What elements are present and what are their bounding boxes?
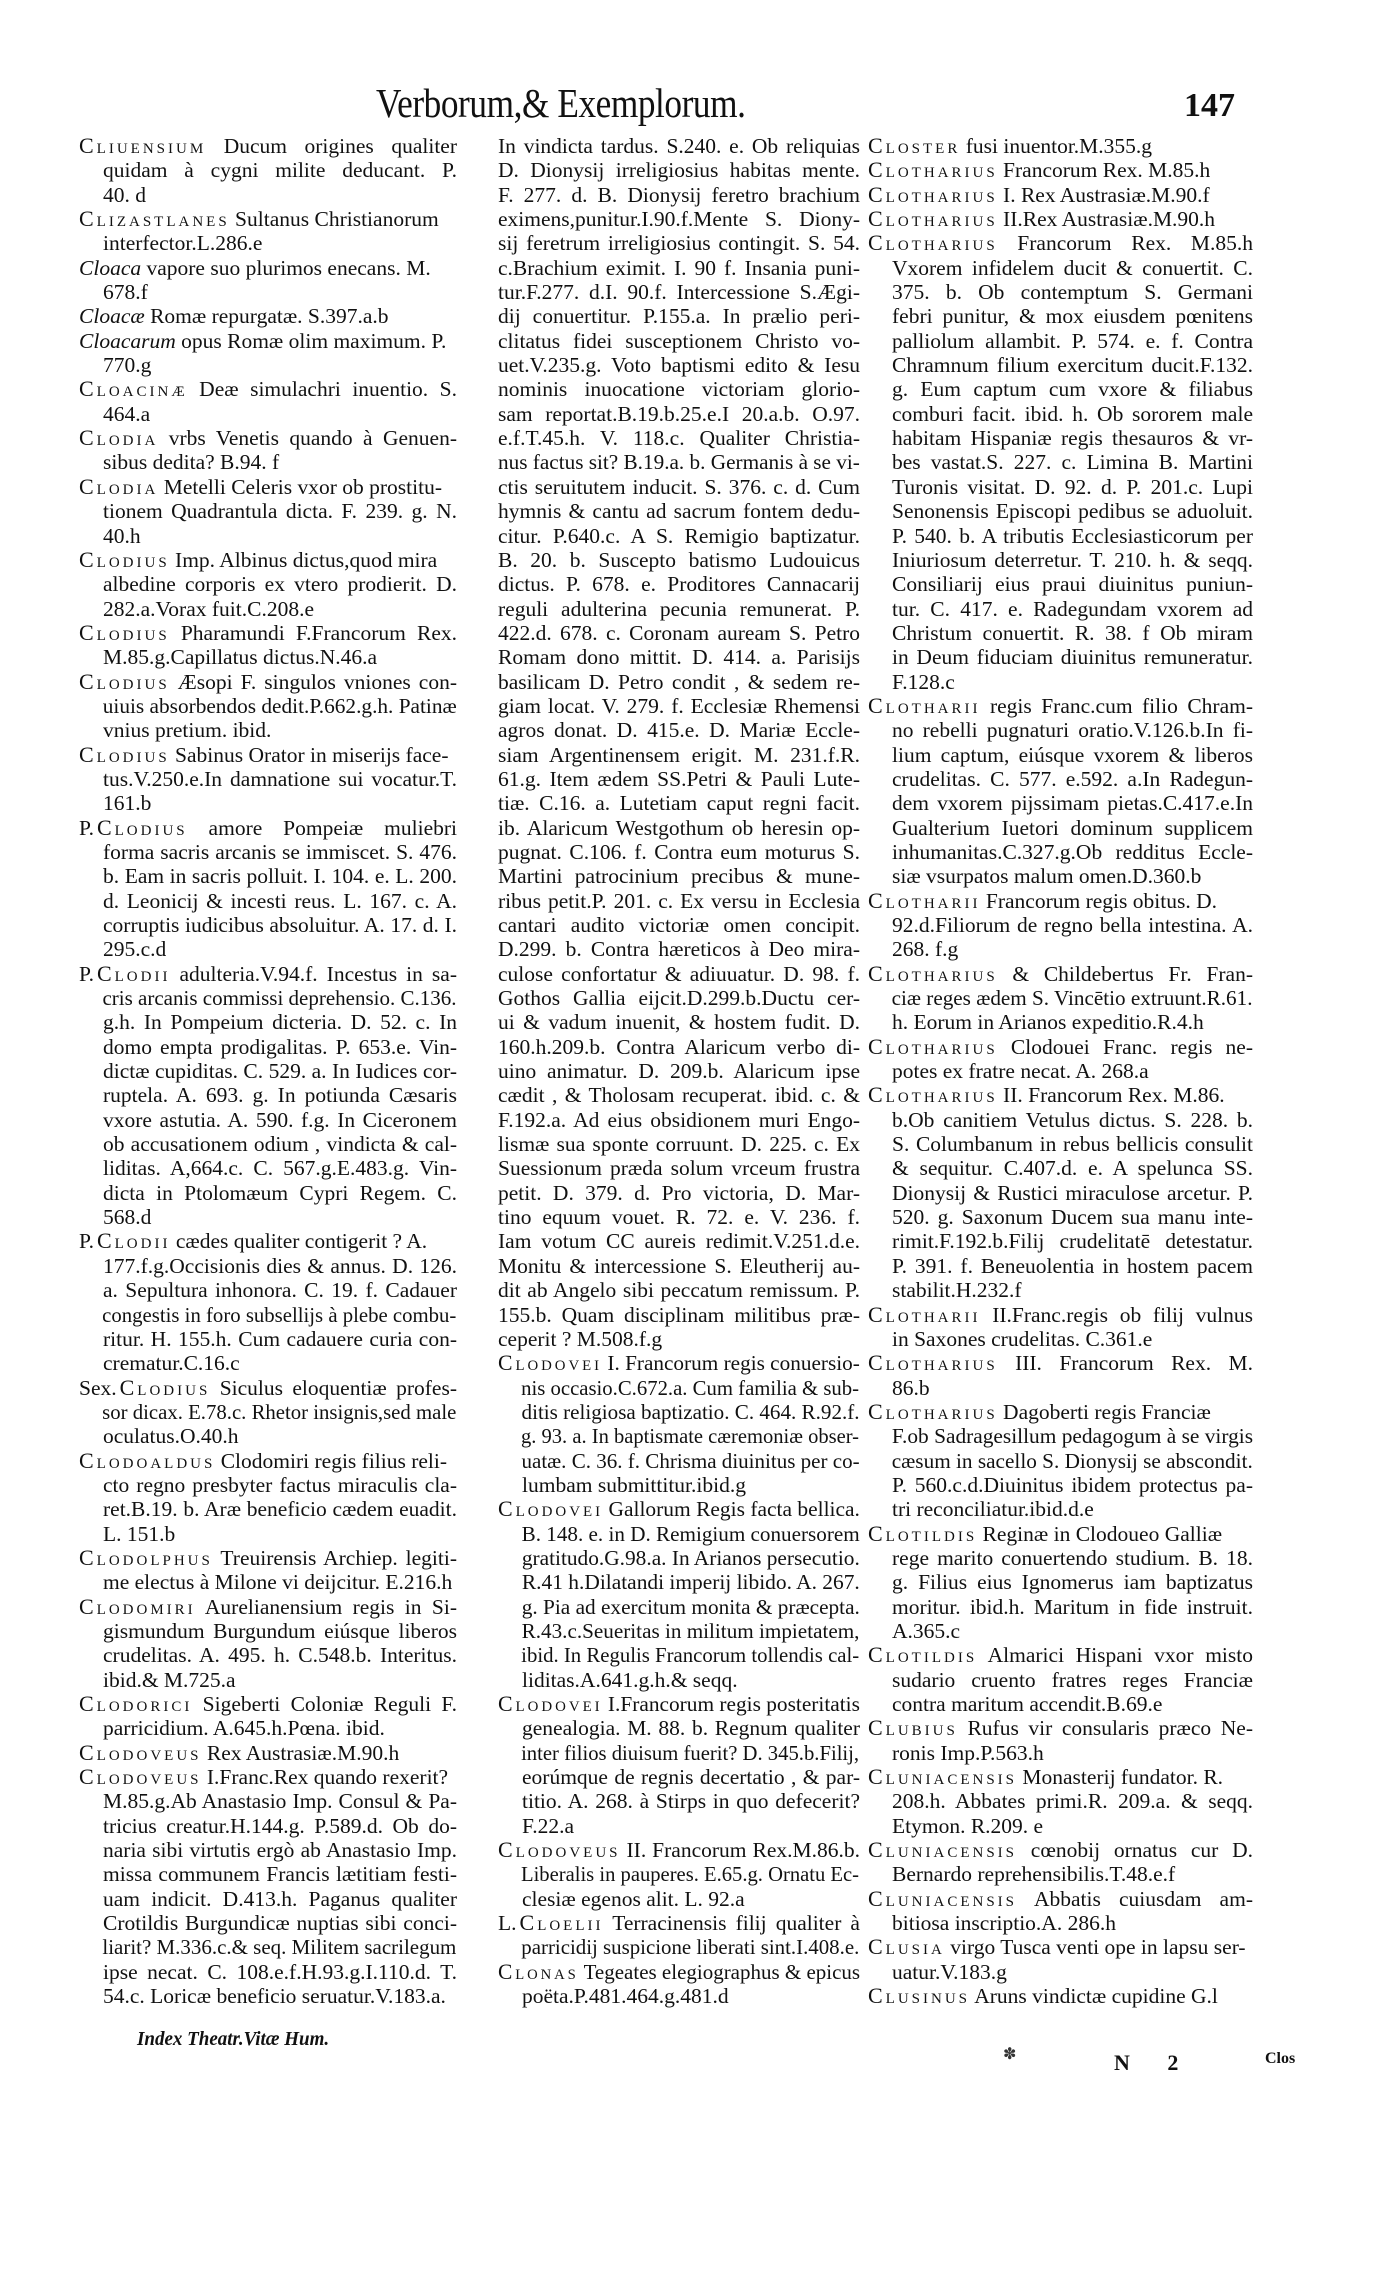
entry-line: 770.g — [79, 353, 457, 377]
entry-text: nominis inuocatione victoriam glorio- — [498, 377, 860, 401]
entry-line: ceperit ? M.508.f.g — [498, 1327, 860, 1351]
index-entry: Clodorici Sigeberti Coloniæ Reguli F.par… — [79, 1692, 457, 1741]
entry-text: titio. A. 268. à Stirps in quo defecerit… — [522, 1789, 860, 1813]
entry-text: 54.c. Loricæ beneficio seruatur.V.183.a. — [103, 1984, 446, 2008]
entry-first-line: Cluniacensis Monasterij fundator. R. — [868, 1765, 1253, 1789]
entry-first-line: Clotharius Dagoberti regis Franciæ — [868, 1400, 1253, 1424]
index-entry: Clodoveus Rex Austrasiæ.M.90.h — [79, 1741, 457, 1765]
entry-line: nus factus sit? B.19.a. b. Germanis à se… — [498, 450, 860, 474]
entry-text: Romam dono mittit. D. 414. a. Parisijs — [498, 645, 860, 669]
entry-prefix: L. — [498, 1911, 517, 1935]
entry-line: ret.B.19. b. Aræ beneficio cædem euadit. — [79, 1497, 457, 1521]
index-entry: Cluniacensis cœnobij ornatus cur D.Berna… — [868, 1838, 1253, 1887]
entry-text: 61.g. Item ædem SS.Petri & Pauli Lute- — [498, 767, 860, 791]
entry-headword: Clodia — [79, 425, 158, 450]
entry-line: moritur. ibid.h. Maritum in fide instrui… — [868, 1595, 1253, 1619]
entry-text: R.41 h.Dilatandi imperij libido. A. 267. — [522, 1570, 860, 1594]
entry-text: I. Rex Austrasiæ.M.90.f — [1003, 183, 1210, 207]
entry-first-line: Clodius Æsopi F. singulos vniones con- — [79, 670, 457, 694]
entry-text: II. Francorum Rex.M.86.b. — [627, 1838, 861, 1862]
entry-text: Metelli Celeris vxor ob prostitu- — [164, 475, 442, 499]
entry-text: h. Eorum in Arianos expeditio.R.4.h — [892, 1010, 1204, 1034]
entry-line: a. Sepultura inhonora. C. 19. f. Cadauer — [79, 1278, 457, 1302]
entry-line: dictus. P. 678. e. Proditores Cannacarij — [498, 572, 860, 596]
entry-text: reguli adulterina pecunia remunerat. P. — [498, 597, 860, 621]
entry-line: e.f.T.45.h. V. 118.c. Qualiter Christia- — [498, 426, 860, 450]
entry-text: F.192.a. Ad eius obsidionem muri Engo- — [498, 1108, 860, 1132]
column-right: Closter fusi inuentor.M.355.gClotharius … — [868, 134, 1253, 2008]
entry-first-line: Clotildis Almarici Hispani vxor misto — [868, 1643, 1253, 1667]
entry-text: D.299. b. Contra hæreticos à Deo mira- — [498, 937, 860, 961]
entry-text: dictus. P. 678. e. Proditores Cannacarij — [498, 572, 860, 596]
entry-line: 678.f — [79, 280, 457, 304]
catchword-right: Clos — [1265, 2050, 1295, 2068]
entry-line: febri punitur, & mox eiusdem pœnitens — [868, 304, 1253, 328]
entry-text: ctis seruitutem inducit. S. 376. c. d. C… — [498, 475, 860, 499]
entry-text: g. Pia ad exercitum monita & præcepta. — [522, 1595, 860, 1619]
entry-line: stabilit.H.232.f — [868, 1278, 1253, 1302]
index-entry: Clodius Sabinus Orator in miserijs face-… — [79, 743, 457, 816]
index-entry: Clotharius III. Francorum Rex. M.86.b — [868, 1351, 1253, 1400]
index-entry: Clodia vrbs Venetis quando à Genuen-sibu… — [79, 426, 457, 475]
entry-text: tri reconciliatur.ibid.d.e — [892, 1497, 1094, 1521]
entry-headword: Clodoveus — [79, 1764, 202, 1789]
entry-text: 177.f.g.Occisionis dies & annus. D. 126. — [103, 1254, 457, 1278]
entry-first-line: Cliuensium Ducum origines qualiter — [79, 134, 457, 158]
entry-text: Treuirensis Archiep. legiti- — [220, 1546, 457, 1570]
entry-first-line: Sex.Clodius Siculus eloquentiæ profes- — [79, 1376, 457, 1400]
entry-text: stabilit.H.232.f — [892, 1278, 1022, 1302]
entry-line: contra maritum accendit.B.69.e — [868, 1692, 1253, 1716]
entry-line: poëta.P.481.464.g.481.d — [498, 1984, 860, 2008]
entry-line: 282.a.Vorax fuit.C.208.e — [79, 597, 457, 621]
entry-first-line: Clotharius Francorum Rex. M.85.h — [868, 231, 1253, 255]
entry-first-line: Clodoveus II. Francorum Rex.M.86.b. — [498, 1838, 860, 1862]
entry-text: Abbatis cuiusdam am- — [1034, 1887, 1253, 1911]
entry-line: L. 151.b — [79, 1522, 457, 1546]
entry-line: Gualterium Iuetori dominum supplicem — [868, 816, 1253, 840]
entry-text: 464.a — [103, 402, 150, 426]
entry-text: Turonis visitat. D. 92. d. P. 201.c. Lup… — [892, 475, 1253, 499]
entry-headword: Clusia — [868, 1934, 945, 1959]
entry-first-line: Clusinus Aruns vindictæ cupidine G.l — [868, 1984, 1253, 2008]
entry-text: g.h. In Pompeium dicteria. D. 52. c. In — [103, 1010, 457, 1034]
entry-line: g. Filius eius Ignomerus iam baptizatus — [868, 1570, 1253, 1594]
entry-first-line: Clotharius II.Rex Austrasiæ.M.90.h — [868, 207, 1253, 231]
entry-line: ribus petit.P. 201. c. Ex versu in Eccle… — [498, 889, 860, 913]
running-title: Verborum,& Exemplorum. — [376, 78, 746, 128]
index-entry: Clotharius Francorum Rex. M.85.hVxorem i… — [868, 231, 1253, 694]
entry-text: ciæ reges ædem S. Vincētio extruunt.R.61… — [892, 986, 1253, 1010]
entry-line: Vxorem infidelem ducit & conuertit. C. — [868, 256, 1253, 280]
index-entry: Clodolphus Treuirensis Archiep. legiti-m… — [79, 1546, 457, 1595]
entry-text: Francorum Rex. M.85.h — [1003, 158, 1210, 182]
entry-text: L. 151.b — [103, 1522, 175, 1546]
entry-text: cantari audito victoriæ omen concipit. — [498, 913, 860, 937]
entry-line: sudario cruento fratres reges Franciæ — [868, 1668, 1253, 1692]
entry-text: agros donat. D. 415.e. D. Mariæ Eccle- — [498, 718, 860, 742]
column-left: Cliuensium Ducum origines qualiterquidam… — [79, 134, 457, 2008]
entry-first-line: Clizastlanes Sultanus Christianorum — [79, 207, 457, 231]
entry-line: tricius creatur.H.144.g. P.589.d. Ob do- — [79, 1814, 457, 1838]
entry-text: tionem Quadrantula dicta. F. 239. g. N. — [103, 499, 457, 523]
entry-text: 92.d.Filiorum de regno bella intestina. … — [892, 913, 1253, 937]
entry-text: no rebelli pugnaturi oratio.V.126.b.In f… — [892, 718, 1253, 742]
entry-line: missa communem Francis lætitiam festi- — [79, 1862, 457, 1886]
entry-text: 375. b. Ob contemptum S. Germani — [892, 280, 1253, 304]
entry-line: siam Argentinensem erigit. M. 231.f.R. — [498, 743, 860, 767]
entry-text: P. 560.c.d.Diuinitus ibidem protectus pa… — [892, 1473, 1253, 1497]
index-entry: Sex.Clodius Siculus eloquentiæ profes-so… — [79, 1376, 457, 1449]
entry-text: F. 277. d. B. Dionysij feretro brachium — [498, 183, 860, 207]
entry-headword: Clubius — [868, 1715, 958, 1740]
entry-text: potes ex fratre necat. A. 268.a — [892, 1059, 1149, 1083]
entry-headword: Clotharii — [868, 693, 981, 718]
entry-first-line: Cloacinæ Deæ simulachri inuentio. S. — [79, 377, 457, 401]
entry-text: hymnis & cantu ad sacrum fontem dedu- — [498, 499, 860, 523]
entry-text: in Deum fiduciam diuinitus remuneratur. — [892, 645, 1253, 669]
entry-headword: Clotharius — [868, 206, 998, 231]
entry-text: 208.h. Abbates primi.R. 209.a. & seqq. — [892, 1789, 1253, 1813]
entry-text: Liberalis in pauperes. E.65.g. Ornatu Ec… — [521, 1862, 859, 1886]
entry-line: rege marito conuertendo studium. B. 18. — [868, 1546, 1253, 1570]
entry-first-line: L.Cloelii Terracinensis filij qualiter à — [498, 1911, 860, 1935]
entry-line: clitatus fidei susceptionem Christo vo- — [498, 329, 860, 353]
entry-line: Martini patrocinium precibus & mune- — [498, 864, 860, 888]
entry-line: ib. Alaricum Westgothum ob heresin op- — [498, 816, 860, 840]
entry-text: 86.b — [892, 1376, 930, 1400]
entry-text: cœnobij ornatus cur D. — [1031, 1838, 1253, 1862]
entry-text: 678.f — [103, 280, 148, 304]
entry-text: Francorum regis obitus. D. — [986, 889, 1217, 913]
entry-text: ceperit ? M.508.f.g — [498, 1327, 662, 1351]
entry-line: Bernardo reprehensibilis.T.48.e.f — [868, 1862, 1253, 1886]
entry-text: fusi inuentor.M.355.g — [966, 134, 1152, 158]
page-number: 147 — [1184, 84, 1235, 128]
entry-text: Christum conuertit. R. 38. f Ob miram — [892, 621, 1253, 645]
entry-text: quidam à cygni milite deducant. P. — [103, 158, 457, 182]
entry-line: 208.h. Abbates primi.R. 209.a. & seqq. — [868, 1789, 1253, 1813]
entry-line: Chramnum filium exercitum ducit.F.132. — [868, 353, 1253, 377]
entry-text: parricidij suspicione liberati sint.I.40… — [521, 1935, 859, 1959]
index-entry: Clodoveus II. Francorum Rex.M.86.b.Liber… — [498, 1838, 860, 1911]
entry-line: habitam Hispaniæ regis thesauros & vr- — [868, 426, 1253, 450]
entry-text: Dagoberti regis Franciæ — [1003, 1400, 1211, 1424]
entry-text: Senonensis Episcopi pedibus se aduoluit. — [892, 499, 1253, 523]
entry-text: febri punitur, & mox eiusdem pœnitens — [892, 304, 1253, 328]
entry-line: parricidij suspicione liberati sint.I.40… — [498, 1935, 883, 1959]
entry-line: gratitudo.G.98.a. In Arianos persecutio. — [498, 1546, 884, 1570]
index-entry: P.Clodius amore Pompeiæ muliebriforma sa… — [79, 816, 457, 962]
entry-headword: Clotildis — [868, 1642, 977, 1667]
entry-text: Aurelianensium regis in Si- — [205, 1595, 457, 1619]
entry-line: Iniuriosum deterretur. T. 210. h. & seqq… — [868, 548, 1253, 572]
entry-line: ronis Imp.P.563.h — [868, 1741, 1253, 1765]
entry-text: D. Dionysij irreligiosius habitas mente. — [498, 158, 860, 182]
index-entry: L.Cloelii Terracinensis filij qualiter à… — [498, 1911, 860, 1960]
entry-headword: Clodius — [79, 620, 170, 645]
entry-text: b.Ob canitiem Vetulus dictus. S. 228. b. — [892, 1108, 1253, 1132]
entry-text: S. Columbanum in rebus bellicis consulit — [892, 1132, 1253, 1156]
entry-text: in Saxones crudelitas. C.361.e — [892, 1327, 1152, 1351]
entry-first-line: Clodolphus Treuirensis Archiep. legiti- — [79, 1546, 457, 1570]
entry-line: 40. d — [79, 183, 457, 207]
entry-text: In vindicta tardus. S.240. e. Ob reliqui… — [498, 134, 860, 158]
entry-line: tri reconciliatur.ibid.d.e — [868, 1497, 1253, 1521]
entry-headword: Cluniacensis — [868, 1764, 1017, 1789]
entry-text: Crotildis Burgundicæ nuptias sibi conci- — [103, 1911, 457, 1935]
index-entry: Clotildis Reginæ in Clodoueo Galliærege … — [868, 1522, 1253, 1644]
entry-headword: Clonas — [498, 1959, 579, 1984]
index-entry: Clodia Metelli Celeris vxor ob prostitu-… — [79, 475, 457, 548]
entry-text: Tegeates elegiographus & epicus — [584, 1960, 860, 1984]
entry-first-line: Clodovei I. Francorum regis conuersio- — [498, 1351, 860, 1375]
entry-first-line: Clodoaldus Clodomiri regis filius reli- — [79, 1449, 457, 1473]
entry-text: M.85.g.Capillatus dictus.N.46.a — [103, 645, 377, 669]
entry-line: 155.b. Quam disciplinam militibus præ- — [498, 1303, 860, 1327]
entry-line: B. 20. b. Suscepto batismo Ludouicus — [498, 548, 860, 572]
entry-first-line: Cluniacensis cœnobij ornatus cur D. — [868, 1838, 1253, 1862]
entry-line: Crotildis Burgundicæ nuptias sibi conci- — [79, 1911, 457, 1935]
entry-line: liditas. A,664.c. C. 567.g.E.483.g. Vin- — [79, 1156, 457, 1180]
index-entry: Cloacæ Romæ repurgatæ. S.397.a.b — [79, 304, 457, 328]
entry-line: cæsum in sacello S. Dionysij se abscondi… — [868, 1449, 1277, 1473]
entry-text: Almarici Hispani vxor misto — [988, 1643, 1253, 1667]
entry-line: Gothos Gallia eijcit.D.299.b.Ductu cer- — [498, 986, 860, 1010]
entry-line: reguli adulterina pecunia remunerat. P. — [498, 597, 860, 621]
index-entry: Clotharius II.Rex Austrasiæ.M.90.h — [868, 207, 1253, 231]
entry-text: P. 540. b. A tributis Ecclesiasticorum p… — [892, 524, 1253, 548]
entry-headword: Closter — [868, 133, 960, 158]
entry-line: 520. g. Saxonum Ducem sua manu inte- — [868, 1205, 1253, 1229]
entry-text: Aruns vindictæ cupidine G.l — [974, 1984, 1218, 2008]
entry-text: M.85.g.Ab Anastasio Imp. Consul & Pa- — [103, 1789, 457, 1813]
entry-text: eorúmque de regnis decertatio , & par- — [522, 1765, 860, 1789]
entry-first-line: Clotharius I. Rex Austrasiæ.M.90.f — [868, 183, 1253, 207]
entry-line: lium captum, eiúsque vxorem & liberos — [868, 743, 1253, 767]
entry-text: 520. g. Saxonum Ducem sua manu inte- — [892, 1205, 1253, 1229]
entry-text: congestis in foro subsellijs à plebe com… — [102, 1303, 456, 1327]
entry-line: B. 148. e. in D. Remigium conuersorem — [498, 1522, 884, 1546]
entry-text: lismæ sua sponte corruunt. D. 225. c. Ex — [498, 1132, 860, 1156]
entry-line: M.85.g.Ab Anastasio Imp. Consul & Pa- — [79, 1789, 457, 1813]
entry-line: g. 93. a. In baptismate cæremoniæ obser- — [498, 1424, 883, 1448]
entry-text: dicta in Ptolomæum Cypri Regem. C. — [103, 1181, 457, 1205]
entry-text: sij feretrum irreligiosius contingit. S.… — [498, 231, 860, 255]
index-entry: Clodomiri Aurelianensium regis in Si-gis… — [79, 1595, 457, 1692]
entry-line: 568.d — [79, 1205, 457, 1229]
entry-first-line: Cloaca vapore suo plurimos enecans. M. — [79, 256, 457, 280]
entry-line: crematur.C.16.c — [79, 1351, 457, 1375]
entry-headword: Clodoveus — [79, 1740, 202, 1765]
entry-text: g. Filius eius Ignomerus iam baptizatus — [892, 1570, 1253, 1594]
entry-headword: Clotharius — [868, 182, 998, 207]
entry-text: Dionysij & Rustici miraculose arcetur. P… — [892, 1181, 1253, 1205]
entry-text: Imp. Albinus dictus,quod mira — [175, 548, 437, 572]
entry-line: 40.h — [79, 524, 457, 548]
entry-line: liarit? M.336.c.& seq. Militem sacrilegu… — [79, 1935, 480, 1959]
entry-text: lium captum, eiúsque vxorem & liberos — [892, 743, 1253, 767]
entry-text: II.Franc.regis ob filij vulnus — [992, 1303, 1253, 1327]
entry-text: virgo Tusca venti ope in lapsu ser- — [950, 1935, 1245, 1959]
entry-line: sor dicax. E.78.c. Rhetor insignis,sed m… — [79, 1400, 480, 1424]
entry-text: Gothos Gallia eijcit.D.299.b.Ductu cer- — [498, 986, 860, 1010]
entry-headword: Clodolphus — [79, 1545, 213, 1570]
entry-text: B. 148. e. in D. Remigium conuersorem — [522, 1522, 860, 1546]
entry-text: 282.a.Vorax fuit.C.208.e — [103, 597, 314, 621]
entry-text: 295.c.d — [103, 937, 166, 961]
entry-line: P. 540. b. A tributis Ecclesiasticorum p… — [868, 524, 1253, 548]
entry-headword: Clotharii — [868, 888, 981, 913]
entry-text: adulteria.V.94.f. Incestus in sa- — [180, 962, 458, 986]
entry-text: vxore astutia. A. 590. f.g. In Ciceronem — [103, 1108, 457, 1132]
entry-first-line: Clodovei I.Francorum regis posteritatis — [498, 1692, 860, 1716]
entry-first-line: Clotharius III. Francorum Rex. M. — [868, 1351, 1253, 1375]
entry-line: 177.f.g.Occisionis dies & annus. D. 126. — [79, 1254, 457, 1278]
entry-text: 161.b — [103, 791, 151, 815]
entry-text: gratitudo.G.98.a. In Arianos persecutio. — [522, 1546, 860, 1570]
entry-line: M.85.g.Capillatus dictus.N.46.a — [79, 645, 457, 669]
entry-line: F.128.c — [868, 670, 1253, 694]
entry-text: Francorum Rex. M.85.h — [1017, 231, 1253, 255]
entry-text: & sequitur. C.407.d. e. A spelunca SS. — [892, 1156, 1253, 1180]
entry-line: lumbam submittitur.ibid.g — [498, 1473, 860, 1497]
entry-line: uatæ. C. 36. f. Chrisma diuinitus per co… — [498, 1449, 884, 1473]
entry-line: tino equum vouet. R. 72. e. V. 236. f. — [498, 1205, 860, 1229]
entry-text: uino animatur. D. 209.b. Alaricum ipse — [498, 1059, 860, 1083]
entry-text: eximens,punitur.I.90.f.Mente S. Diony- — [498, 207, 860, 231]
entry-line: petit. D. 379. d. Pro victoria, D. Mar- — [498, 1181, 860, 1205]
index-entry: Cloaca vapore suo plurimos enecans. M.67… — [79, 256, 457, 305]
entry-text: opus Romæ olim maximum. P. — [181, 329, 446, 353]
entry-headword: Clodovei — [498, 1496, 603, 1521]
entry-text: pugnat. C.106. f. Contra eum moturus S. — [498, 840, 860, 864]
entry-text: naria sibi virtutis ergò ab Anastasio Im… — [103, 1838, 457, 1862]
entry-line: clesiæ egenos alit. L. 92.a — [498, 1887, 860, 1911]
entry-text: ret.B.19. b. Aræ beneficio cædem euadit. — [103, 1497, 457, 1521]
entry-text: Sabinus Orator in miserijs face- — [175, 743, 448, 767]
entry-text: Gallorum Regis facta bellica. — [608, 1497, 859, 1521]
entry-text: bitiosa inscriptio.A. 286.h — [892, 1911, 1116, 1935]
entry-line: vxore astutia. A. 590. f.g. In Ciceronem — [79, 1108, 457, 1132]
entry-text: Sultanus Christianorum — [235, 207, 439, 231]
entry-headword: Clodius — [120, 1375, 211, 1400]
entry-headword-italic: Cloaca — [79, 256, 141, 280]
entry-headword: Clodorici — [79, 1691, 192, 1716]
entry-line: 61.g. Item ædem SS.Petri & Pauli Lute- — [498, 767, 860, 791]
entry-line: ruptela. A. 693. g. In potiunda Cæsaris — [79, 1083, 457, 1107]
entry-text: g. Eum captum cum vxore & filiabus — [892, 377, 1253, 401]
entry-text: uatæ. C. 36. f. Chrisma diuinitus per co… — [521, 1449, 859, 1473]
entry-text: I.Francorum regis posteritatis — [608, 1692, 860, 1716]
entry-text: sor dicax. E.78.c. Rhetor insignis,sed m… — [102, 1400, 456, 1424]
entry-text: Pharamundi F.Francorum Rex. — [181, 621, 457, 645]
entry-text: forma sacris arcanis se immiscet. S. 476… — [103, 840, 457, 864]
entry-line: h. Eorum in Arianos expeditio.R.4.h — [868, 1010, 1253, 1034]
entry-text: 155.b. Quam disciplinam militibus præ- — [498, 1303, 860, 1327]
entry-line: comburi facit. ibid. h. Ob sororem male — [868, 402, 1253, 426]
entry-line: b. Eam in sacris polluit. I. 104. e. L. … — [79, 864, 457, 888]
entry-text: Terracinensis filij qualiter à — [612, 1911, 860, 1935]
entry-first-line: Clodovei Gallorum Regis facta bellica. — [498, 1497, 860, 1521]
entry-headword-italic: Cloacarum — [79, 329, 176, 353]
entry-line: gismundum Burgundum eiúsque liberos — [79, 1619, 457, 1643]
entry-line: sibus dedita? B.94. f — [79, 450, 457, 474]
entry-line: Monitu & intercessione S. Eleutherij au- — [498, 1254, 860, 1278]
entry-text: Ducum origines qualiter — [224, 134, 457, 158]
entry-text: 422.d. 678. c. Coronam auream S. Petro — [498, 621, 860, 645]
entry-text: Sigeberti Coloniæ Reguli F. — [203, 1692, 457, 1716]
entry-text: Iniuriosum deterretur. T. 210. h. & seqq… — [892, 548, 1253, 572]
entry-line: 464.a — [79, 402, 457, 426]
entry-headword: Clodius — [79, 742, 170, 767]
entry-headword: Clotharius — [868, 1350, 998, 1375]
entry-text: ob accusationem odium , vindicta & cal- — [103, 1132, 457, 1156]
entry-headword: Cloacinæ — [79, 376, 188, 401]
entry-text: Vxorem infidelem ducit & conuertit. C. — [892, 256, 1253, 280]
entry-text: crudelitas. A. 495. h. C.548.b. Interitu… — [103, 1643, 457, 1667]
entry-text: poëta.P.481.464.g.481.d — [522, 1984, 729, 2008]
entry-text: 40.h — [103, 524, 141, 548]
entry-text: Bernardo reprehensibilis.T.48.e.f — [892, 1862, 1175, 1886]
entry-line: sij feretrum irreligiosius contingit. S.… — [498, 231, 860, 255]
entry-headword: Clodovei — [498, 1691, 603, 1716]
entry-text: crematur.C.16.c — [103, 1351, 240, 1375]
entry-line: 160.h.209.b. Contra Alaricum verbo di- — [498, 1035, 860, 1059]
entry-first-line: Clotharius Clodouei Franc. regis ne- — [868, 1035, 1253, 1059]
entry-text: tur. C. 417. e. Radegundam vxorem ad — [892, 597, 1253, 621]
entry-text: palliolum allambit. P. 574. e. f. Contra — [892, 329, 1253, 353]
entry-first-line: Cloacæ Romæ repurgatæ. S.397.a.b — [79, 304, 457, 328]
entry-text: petit. D. 379. d. Pro victoria, D. Mar- — [498, 1181, 860, 1205]
entry-line: albedine corporis ex vtero prodierit. D. — [79, 572, 457, 596]
entry-line: g. Eum captum cum vxore & filiabus — [868, 377, 1253, 401]
entry-line: palliolum allambit. P. 574. e. f. Contra — [868, 329, 1253, 353]
entry-text: 568.d — [103, 1205, 151, 1229]
entry-text: nus factus sit? B.19.a. b. Germanis à se… — [498, 450, 860, 474]
entry-text: Clodomiri regis filius reli- — [221, 1449, 447, 1473]
entry-line: uam indicit. D.413.h. Paganus qualiter — [79, 1887, 457, 1911]
entry-line: interfector.L.286.e — [79, 231, 457, 255]
index-entry: Clotharius Francorum Rex. M.85.h — [868, 158, 1253, 182]
entry-text: ruptela. A. 693. g. In potiunda Cæsaris — [103, 1083, 457, 1107]
entry-text: e.f.T.45.h. V. 118.c. Qualiter Christia- — [498, 426, 860, 450]
entry-text: lumbam submittitur.ibid.g — [522, 1473, 746, 1497]
entry-first-line: Clubius Rufus vir consularis præco Ne- — [868, 1716, 1253, 1740]
entry-line: ipse necat. C. 108.e.f.H.93.g.I.110.d. T… — [79, 1960, 457, 1984]
entry-line: P. 560.c.d.Diuinitus ibidem protectus pa… — [868, 1473, 1253, 1497]
entry-line: lismæ sua sponte corruunt. D. 225. c. Ex — [498, 1132, 860, 1156]
entry-line: F.192.a. Ad eius obsidionem muri Engo- — [498, 1108, 860, 1132]
entry-text: vnius pretium. ibid. — [103, 718, 271, 742]
entry-first-line: Clotharii Francorum regis obitus. D. — [868, 889, 1253, 913]
entry-text: inter filios diuisum fuerit? D. 345.b.Fi… — [521, 1741, 859, 1765]
index-entry: Clizastlanes Sultanus Christianoruminter… — [79, 207, 457, 256]
entry-first-line: Clodomiri Aurelianensium regis in Si- — [79, 1595, 457, 1619]
entry-line: forma sacris arcanis se immiscet. S. 476… — [79, 840, 457, 864]
entry-line: 422.d. 678. c. Coronam auream S. Petro — [498, 621, 860, 645]
entry-text: uiuis absorbendos dedit.P.662.g.h. Patin… — [103, 694, 457, 718]
entry-headword: Clodovei — [498, 1350, 602, 1375]
entry-first-line: Clonas Tegeates elegiographus & epicus — [498, 1960, 860, 1984]
entry-headword: Clodoaldus — [79, 1448, 215, 1473]
entry-text: ipse necat. C. 108.e.f.H.93.g.I.110.d. T… — [103, 1960, 457, 1984]
entry-text: Gualterium Iuetori dominum supplicem — [892, 816, 1253, 840]
entry-line: dit ab Angelo sibi peccatum remissum. P. — [498, 1278, 860, 1302]
entry-line: ob accusationem odium , vindicta & cal- — [79, 1132, 457, 1156]
entry-line: ctis seruitutem inducit. S. 376. c. d. C… — [498, 475, 860, 499]
signature-mark: N 2 — [1114, 2050, 1194, 2076]
